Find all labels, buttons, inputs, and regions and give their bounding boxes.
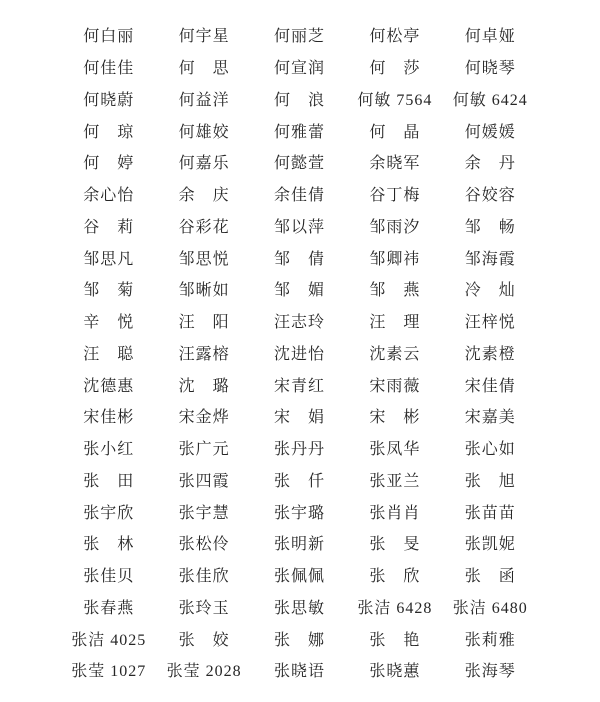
- name-cell: 张晓蕙: [347, 654, 442, 686]
- name-cell: 何嘉乐: [156, 146, 251, 178]
- name-cell: 沈素云: [347, 337, 442, 369]
- name-cell: 汪梓悦: [443, 305, 538, 337]
- name-cell: 张玲玉: [156, 591, 251, 623]
- name-cell: 谷彩花: [156, 210, 251, 242]
- name-cell: 何 莎: [347, 51, 442, 83]
- name-cell: 张明新: [252, 527, 347, 559]
- name-cell: 余 丹: [443, 146, 538, 178]
- name-cell: 沈 璐: [156, 368, 251, 400]
- name-cell: 谷 莉: [61, 210, 156, 242]
- name-cell: 张佳欣: [156, 559, 251, 591]
- name-cell: 张洁 4025: [61, 622, 156, 654]
- name-cell: 张莉雅: [443, 622, 538, 654]
- name-cell: 沈进怡: [252, 337, 347, 369]
- name-cell: 何晓琴: [443, 51, 538, 83]
- name-cell: 张思敏: [252, 591, 347, 623]
- name-cell: 汪 理: [347, 305, 442, 337]
- name-cell: 汪露榕: [156, 337, 251, 369]
- name-cell: 何白丽: [61, 19, 156, 51]
- name-cell: 张 旻: [347, 527, 442, 559]
- name-cell: 余佳倩: [252, 178, 347, 210]
- name-cell: 邹雨汐: [347, 210, 442, 242]
- name-cell: 余晓军: [347, 146, 442, 178]
- name-cell: 张洁 6480: [443, 591, 538, 623]
- name-cell: 何 晶: [347, 114, 442, 146]
- name-cell: 何懿萱: [252, 146, 347, 178]
- name-cell: 何宣润: [252, 51, 347, 83]
- name-cell: 汪 聪: [61, 337, 156, 369]
- name-cell: 邹 燕: [347, 273, 442, 305]
- name-cell: 何丽芝: [252, 19, 347, 51]
- name-cell: 张凯妮: [443, 527, 538, 559]
- name-cell: 张 仟: [252, 464, 347, 496]
- name-cell: 邹 菊: [61, 273, 156, 305]
- name-cell: 余 庆: [156, 178, 251, 210]
- name-cell: 张佳贝: [61, 559, 156, 591]
- name-cell: 何益洋: [156, 83, 251, 115]
- name-cell: 宋雨薇: [347, 368, 442, 400]
- name-cell: 张亚兰: [347, 464, 442, 496]
- name-cell: 何佳佳: [61, 51, 156, 83]
- name-cell: 邹 倩: [252, 241, 347, 273]
- name-cell: 何雄姣: [156, 114, 251, 146]
- name-cell: 谷姣容: [443, 178, 538, 210]
- name-cell: 邹以萍: [252, 210, 347, 242]
- name-cell: 何松亭: [347, 19, 442, 51]
- name-cell: 冷 灿: [443, 273, 538, 305]
- name-cell: 何卓娅: [443, 19, 538, 51]
- name-cell: 张苗苗: [443, 495, 538, 527]
- name-cell: 何 婷: [61, 146, 156, 178]
- name-cell: 何敏 7564: [347, 83, 442, 115]
- name-cell: 宋 彬: [347, 400, 442, 432]
- name-cell: 汪 阳: [156, 305, 251, 337]
- name-cell: 邹卿祎: [347, 241, 442, 273]
- name-cell: 邹海霞: [443, 241, 538, 273]
- name-cell: 张 艳: [347, 622, 442, 654]
- name-cell: 张洁 6428: [347, 591, 442, 623]
- name-cell: 谷丁梅: [347, 178, 442, 210]
- name-cell: 何媛媛: [443, 114, 538, 146]
- name-cell: 邹思凡: [61, 241, 156, 273]
- name-cell: 张 姣: [156, 622, 251, 654]
- name-cell: 沈素橙: [443, 337, 538, 369]
- name-cell: 张 娜: [252, 622, 347, 654]
- name-cell: 何晓蔚: [61, 83, 156, 115]
- name-cell: 何 浪: [252, 83, 347, 115]
- name-cell: 张莹 1027: [61, 654, 156, 686]
- name-cell: 邹思悦: [156, 241, 251, 273]
- name-cell: 宋金烨: [156, 400, 251, 432]
- name-cell: 张宇慧: [156, 495, 251, 527]
- name-cell: 张宇欣: [61, 495, 156, 527]
- name-cell: 张海琴: [443, 654, 538, 686]
- name-cell: 张小红: [61, 432, 156, 464]
- name-cell: 张肖肖: [347, 495, 442, 527]
- name-cell: 宋青红: [252, 368, 347, 400]
- name-cell: 张丹丹: [252, 432, 347, 464]
- name-cell: 张 旭: [443, 464, 538, 496]
- name-cell: 张 林: [61, 527, 156, 559]
- name-cell: 宋佳彬: [61, 400, 156, 432]
- name-list: 何白丽何宇星何丽芝何松亭何卓娅何佳佳何 思何宣润何 莎何晓琴何晓蔚何益洋何 浪何…: [61, 0, 538, 686]
- name-cell: 张佩佩: [252, 559, 347, 591]
- name-cell: 余心怡: [61, 178, 156, 210]
- name-cell: 张晓语: [252, 654, 347, 686]
- name-cell: 张心如: [443, 432, 538, 464]
- name-cell: 辛 悦: [61, 305, 156, 337]
- name-cell: 汪志玲: [252, 305, 347, 337]
- name-cell: 张四霞: [156, 464, 251, 496]
- name-cell: 张 田: [61, 464, 156, 496]
- name-cell: 何 思: [156, 51, 251, 83]
- name-cell: 张凤华: [347, 432, 442, 464]
- name-cell: 邹晰如: [156, 273, 251, 305]
- name-cell: 张 欣: [347, 559, 442, 591]
- name-cell: 邹 媚: [252, 273, 347, 305]
- name-cell: 宋嘉美: [443, 400, 538, 432]
- name-cell: 张莹 2028: [156, 654, 251, 686]
- name-cell: 张广元: [156, 432, 251, 464]
- document-page: 何白丽何宇星何丽芝何松亭何卓娅何佳佳何 思何宣润何 莎何晓琴何晓蔚何益洋何 浪何…: [0, 0, 600, 702]
- name-cell: 邹 畅: [443, 210, 538, 242]
- name-cell: 何雅蕾: [252, 114, 347, 146]
- name-cell: 张宇璐: [252, 495, 347, 527]
- name-cell: 张春燕: [61, 591, 156, 623]
- name-cell: 何敏 6424: [443, 83, 538, 115]
- name-cell: 宋佳倩: [443, 368, 538, 400]
- name-cell: 何 琼: [61, 114, 156, 146]
- name-cell: 沈德惠: [61, 368, 156, 400]
- name-cell: 张 函: [443, 559, 538, 591]
- name-cell: 宋 娟: [252, 400, 347, 432]
- name-cell: 何宇星: [156, 19, 251, 51]
- name-cell: 张松伶: [156, 527, 251, 559]
